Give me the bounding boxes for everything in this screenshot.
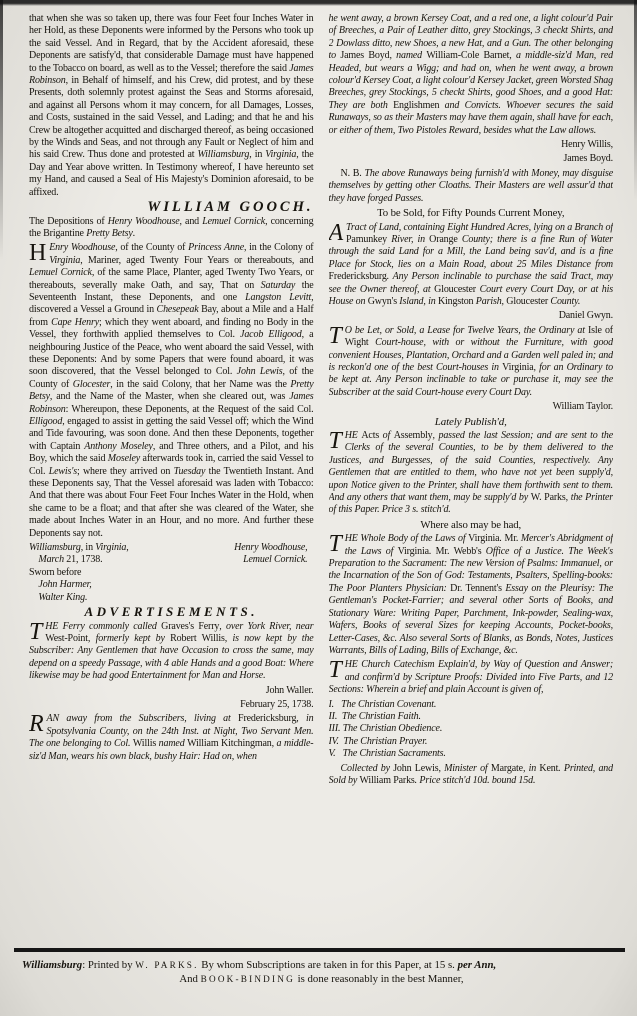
lately-published-heading: Lately Publish'd, xyxy=(329,416,614,428)
ferry-advertisement: THE Ferry commonly called Graves's Ferry… xyxy=(29,621,314,683)
left-column: that when she was so taken up, there was… xyxy=(29,13,314,945)
text-run: ADVERTISEMENTS. xyxy=(84,604,258,619)
text-run: James Boyd xyxy=(340,50,389,61)
text-run: Moseley xyxy=(108,453,140,464)
text-run: Graves's Ferry xyxy=(161,621,219,632)
text-run: Pamunkey xyxy=(346,234,387,245)
text-run: per Ann, xyxy=(458,959,497,971)
text-run: Williamsburg xyxy=(29,542,81,553)
text-run: Orange xyxy=(429,234,458,245)
text-run: Where also may be had, xyxy=(420,519,521,531)
text-run: William Parks xyxy=(360,775,415,786)
text-run: Lewis's xyxy=(49,466,77,477)
catechism-notice: THE Church Catechism Explain'd, by Way o… xyxy=(329,659,614,696)
text-run: Williamsburg xyxy=(22,959,82,971)
text-run: : Printed by xyxy=(82,959,135,971)
text-run: Parish, xyxy=(473,296,506,307)
dropcap-letter: R xyxy=(29,713,47,735)
text-run: Margate xyxy=(491,763,523,774)
text-run: Assembly xyxy=(394,430,433,441)
text-run: Virginia xyxy=(95,542,126,553)
text-run: River, in xyxy=(387,234,429,245)
text-run: Glocester xyxy=(73,379,111,390)
nota-bene-paragraph: N. B. The above Runaways being furnish'd… xyxy=(329,168,614,205)
text-run: Robert Willis xyxy=(170,633,225,644)
printer-imprint-footer: Williamsburg: Printed by W. PARKS. By wh… xyxy=(22,958,621,986)
text-run: , in Behalf of himself, and his Crew, di… xyxy=(29,75,314,160)
text-run: Fredericksburg xyxy=(329,271,387,282)
text-run: John Lewis xyxy=(237,366,283,377)
dropcap-letter: T xyxy=(329,533,345,555)
ferry-date: February 25, 1738. xyxy=(29,699,314,711)
text-run: Mr. xyxy=(504,533,518,544)
text-run: III. The Christian Obedience. xyxy=(329,723,443,734)
text-run: Jacob Elligood xyxy=(240,329,302,340)
text-run xyxy=(29,554,38,565)
text-run: James Boyd. xyxy=(564,153,613,164)
advertisements-heading: ADVERTISEMENTS. xyxy=(29,606,314,618)
dropcap-letter: T xyxy=(29,621,45,643)
dropcap-letter: T xyxy=(329,659,345,681)
land-sale-signature: Daniel Gwyn. xyxy=(329,310,614,322)
text-run: II. The Christian Faith. xyxy=(329,711,421,722)
text-run xyxy=(29,592,38,603)
dropcap-letter: T xyxy=(329,430,345,452)
text-run: BOOK-BINDING xyxy=(201,974,295,984)
text-run: Kent xyxy=(539,763,558,774)
text-run: Englishmen xyxy=(393,100,439,111)
text-run: WILLIAM GOOCH. xyxy=(147,199,313,215)
text-run: Tract of Land, containing Eight Hundred … xyxy=(346,222,613,233)
text-run: County. xyxy=(548,296,580,307)
text-run: , Mariner, aged Twenty Four Years or the… xyxy=(80,255,313,266)
dropcap-letter: A xyxy=(329,222,347,244)
text-run: Daniel Gwyn. xyxy=(559,310,613,321)
text-run: Tuesday xyxy=(174,466,206,477)
runaway-signature-boyd: James Boyd. xyxy=(329,153,614,165)
bookbinding-line: And BOOK-BINDING is done reasonably in t… xyxy=(22,972,621,986)
text-run: Virginia xyxy=(398,546,429,557)
text-run: To be Sold, for Fifty Pounds Current Mon… xyxy=(377,207,564,219)
text-run: Satur­day xyxy=(261,280,296,291)
text-run: , formerly kept by xyxy=(88,633,170,644)
right-column: he went away, a brown Kersey Coat, and a… xyxy=(329,13,614,945)
text-run: February 25, 1738. xyxy=(240,699,313,710)
text-run: AN away from the Subscribers, living at xyxy=(47,713,239,724)
text-run: Anthony Moseley xyxy=(84,441,153,452)
text-run: By whom Subscriptions are taken in for t… xyxy=(199,959,458,971)
text-run: , xyxy=(126,542,128,553)
depositions-heading: The Depositions of Henry Woodhouse, and … xyxy=(29,216,314,241)
acts-of-assembly-notice: THE Acts of Assembly, passed the last Se… xyxy=(329,430,614,517)
text-run: Pretty Betsy xyxy=(86,228,132,239)
text-run: HE Church Catechism Explain'd, by Way of… xyxy=(329,659,614,695)
text-run: Walter King. xyxy=(38,592,87,603)
text-run: IV. The Christian Prayer. xyxy=(329,736,428,747)
text-run: : Whereupon, these Deponents, at the Req… xyxy=(66,404,314,415)
courthouse-lease-advertisement: TO be Let, or Sold, a Lease for Twelve Y… xyxy=(329,325,614,399)
text-run: Langston Levitt xyxy=(245,292,311,303)
text-run: Henry Woodhouse, xyxy=(234,542,307,553)
text-run: William-Cole Barnet xyxy=(426,50,509,61)
text-run: named xyxy=(156,738,187,749)
scan-top-edge xyxy=(0,0,637,6)
text-run: ; where they arrived on xyxy=(77,466,174,477)
newspaper-page: { "meta": { "kind": "colonial-newspaper-… xyxy=(0,0,637,1016)
text-run: , in xyxy=(523,763,539,774)
text-run: , over York River, near xyxy=(219,621,313,632)
land-sale-heading: To be Sold, for Fifty Pounds Current Mon… xyxy=(329,207,614,219)
text-run: . xyxy=(133,228,135,239)
text-run: Lately Publish'd, xyxy=(435,416,507,428)
scan-left-edge xyxy=(0,0,3,260)
text-run: HE Ferry commonly called xyxy=(45,621,161,632)
text-run: Virginia xyxy=(468,533,499,544)
text-run: I. The Christian Covenant. xyxy=(329,699,437,710)
text-run: Gloucester xyxy=(434,284,476,295)
text-run: . Price stitch'd 10d. bound 15d. xyxy=(415,775,536,786)
text-run: , named xyxy=(389,50,426,61)
text-run: that when she was so taken up, there was… xyxy=(29,13,314,74)
text-run: Virginia xyxy=(265,149,296,160)
text-run: The above Runaways being furnish'd with … xyxy=(329,168,614,204)
text-run: N. B. xyxy=(341,168,365,179)
text-run: of xyxy=(379,430,394,441)
text-run: , of the County of xyxy=(115,242,188,253)
text-run: Enry Woodhouse xyxy=(49,242,115,253)
text-run: O be Let, or Sold, a Lease for Twelve Ye… xyxy=(345,325,588,336)
text-run: Frede­ricksburg xyxy=(238,713,296,724)
books-for-sale-notice: THE Whole Body of the Laws of Virginia. … xyxy=(329,533,614,657)
text-run: William Taylor. xyxy=(553,401,613,412)
text-run: William Kitchingman xyxy=(187,738,271,749)
dropcap-letter: T xyxy=(329,325,345,347)
text-run: , in the said Colony, that her Name was … xyxy=(110,379,290,390)
text-run: Virginia xyxy=(502,362,533,373)
text-run: Henry Woodhouse xyxy=(108,216,180,227)
deposition-attestation: Williamsburg, in Virginia, March 21, 173… xyxy=(29,542,314,604)
text-run: Acts xyxy=(361,430,379,441)
text-run: is done reasonably in the best Manner, xyxy=(295,973,464,985)
where-also-heading: Where also may be had, xyxy=(329,519,614,531)
text-run: V. The Christian Sacraments. xyxy=(329,748,446,759)
footer-rule xyxy=(14,948,625,952)
text-run: Elligood xyxy=(29,416,62,427)
land-sale-advertisement: A Tract of Land, containing Eight Hundre… xyxy=(329,222,614,309)
signature-william-gooch: WILLIAM GOOCH. xyxy=(29,201,314,213)
text-run: Lemuel Cornick. xyxy=(243,554,307,565)
text-run: John Lewis xyxy=(393,763,438,774)
text-run: Henry Willis, xyxy=(561,139,613,150)
imprint-line: Williamsburg: Printed by W. PARKS. By wh… xyxy=(22,958,621,972)
text-run: Lemuel Cornick xyxy=(29,267,92,278)
catechism-contents-list: I. The Christian Covenant.II. The Christ… xyxy=(329,699,614,761)
deposition-attestation-left: Williamsburg, in Virginia, March 21, 173… xyxy=(29,542,129,604)
text-run: , and xyxy=(180,216,203,227)
text-run: W. PARKS. xyxy=(135,960,198,970)
text-run: Collected by xyxy=(341,763,394,774)
text-run: , in the Colony of xyxy=(244,242,314,253)
text-run: John Harmer, xyxy=(38,579,91,590)
text-run: Lemuel Cornick xyxy=(202,216,265,227)
courthouse-lease-signature: William Taylor. xyxy=(329,401,614,413)
text-run: , in xyxy=(81,542,96,553)
text-run: And xyxy=(179,973,200,985)
text-run: HE xyxy=(345,430,362,441)
text-run: Che­sepeak xyxy=(157,304,199,315)
text-run: John Waller. xyxy=(266,685,314,696)
runaway-signature-willis: Henry Willis, xyxy=(329,139,614,151)
text-run: Willis xyxy=(133,738,156,749)
ferry-signature: John Waller. xyxy=(29,685,314,697)
text-run: , and the Name of the Master, when she c… xyxy=(50,391,289,402)
text-run: The Depositions of xyxy=(29,216,108,227)
text-run: Princess Anne xyxy=(188,242,244,253)
text-run: Williamsburg xyxy=(198,149,250,160)
text-columns: that when she was so taken up, there was… xyxy=(29,13,613,945)
text-run xyxy=(29,579,38,590)
text-run: Sworn before xyxy=(29,567,81,578)
dropcap-letter: H xyxy=(29,242,49,264)
text-run: HE Whole Body of the Laws of xyxy=(345,533,468,544)
text-run: Gwyn's xyxy=(368,296,397,307)
text-run: Island, in xyxy=(397,296,438,307)
runaway-continuation-paragraph: he went away, a brown Kersey Coat, and a… xyxy=(329,13,614,137)
deposition-paragraph: HEnry Woodhouse, of the County of Prince… xyxy=(29,242,314,540)
text-run: Gloucester xyxy=(506,296,548,307)
deposition-attestation-right: Henry Woodhouse,Lemuel Cornick. xyxy=(234,542,313,604)
text-run: , in xyxy=(249,149,265,160)
text-run: W. Parks xyxy=(531,492,566,503)
catechism-imprint: Collected by John Lewis, Minister of Mar… xyxy=(329,763,614,788)
text-run: West-Point xyxy=(45,633,88,644)
text-run: . xyxy=(429,546,436,557)
text-run: March xyxy=(38,554,64,565)
text-run: Cape Henry xyxy=(51,317,99,328)
runaway-advertisement: RAN away from the Subscribers, living at… xyxy=(29,713,314,763)
text-run: 21, 1738. xyxy=(64,554,103,565)
text-run: Mr. Webb's xyxy=(436,546,482,557)
text-run: Virginia xyxy=(49,255,80,266)
text-run: , Minister of xyxy=(438,763,490,774)
protest-continuation-paragraph: that when she was so taken up, there was… xyxy=(29,13,314,199)
text-run: Kingston xyxy=(438,296,473,307)
text-run: Dr. Tennent's xyxy=(450,583,502,594)
